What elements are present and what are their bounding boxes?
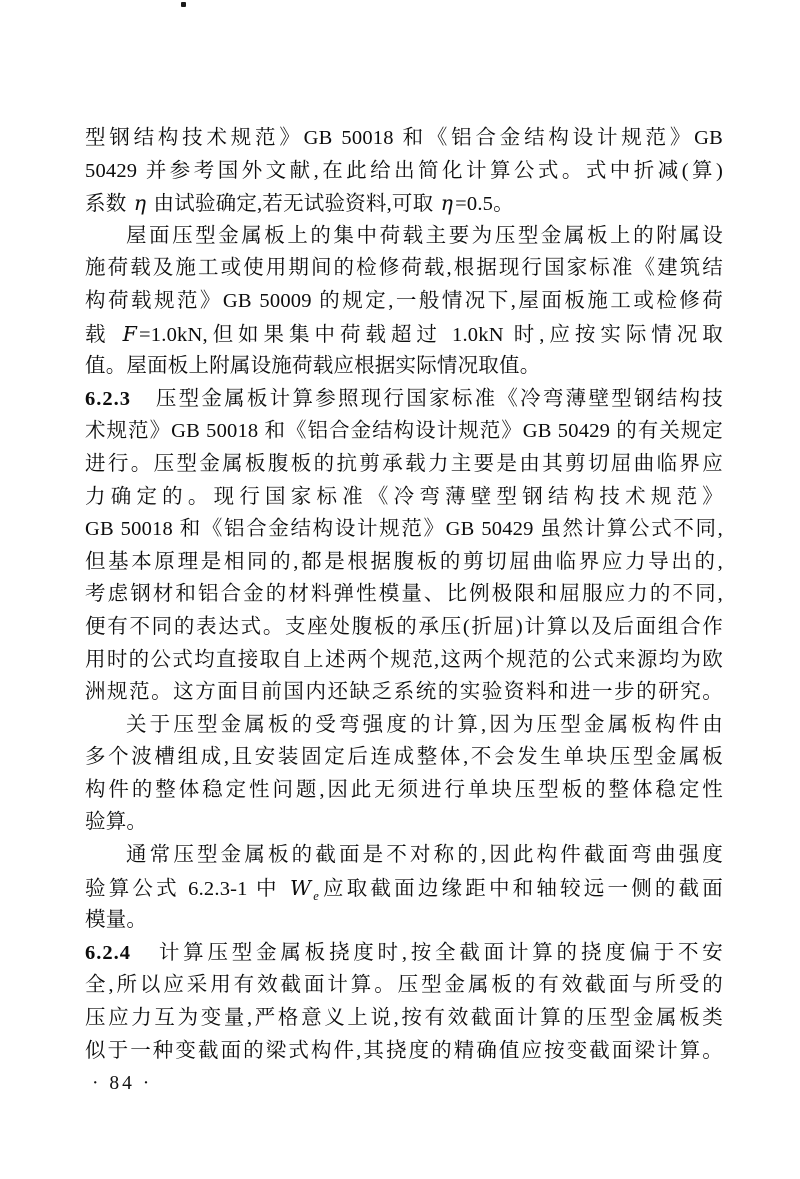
text-line-23: 通常压型金属板的截面是不对称的,因此构件截面弯曲强度 [85,839,723,872]
text-line-19: 关于压型金属板的受弯强度的计算,因为压型金属板构件由 [85,709,723,742]
math-symbol: W [288,876,313,900]
text-line-1: 型钢结构技术规范》GB 50018 和《铝合金结构设计规范》GB [85,122,723,155]
text-run: 应取截面边缘距中和轴较远一侧的截面 [320,878,723,900]
text-run: 屋面压型金属板上的集中荷载主要为压型金属板上的附属设 [126,225,723,247]
text-run: 多个波槽组成,且安装固定后连成整体,不会发生单块压型金属板 [85,746,723,768]
text-line-2: 50429 并参考国外文献,在此给出简化计算公式。式中折减(算) [85,155,723,188]
text-run: 验算。 [85,811,147,833]
text-line-11: 进行。压型金属板腹板的抗剪承载力主要是由其剪切屈曲临界应 [85,448,723,481]
page-number: · 84 · [92,1071,152,1097]
text-line-13: GB 50018 和《铝合金结构设计规范》GB 50429 虽然计算公式不同, [85,513,723,546]
text-run: =1.0kN,但如果集中荷载超过 1.0kN 时,应按实际情况取 [139,324,723,346]
text-run: 进行。压型金属板腹板的抗剪承载力主要是由其剪切屈曲临界应 [85,453,723,475]
text-line-24: 验算公式 6.2.3-1 中 We应取截面边缘距中和轴较远一侧的截面 [85,872,723,905]
text-line-15: 考虑钢材和铝合金的材料弹性模量、比例极限和屈服应力的不同, [85,578,723,611]
text-run: 型钢结构技术规范》GB 50018 和《铝合金结构设计规范》GB [85,127,723,149]
text-run: 计算压型金属板挠度时,按全截面计算的挠度偏于不安 [131,942,723,964]
math-symbol: F [121,322,139,346]
text-line-17: 用时的公式均直接取自上述两个规范,这两个规范的公式来源均为欧 [85,644,723,677]
text-run: 由试验确定,若无试验资料,可取 [148,193,438,215]
text-line-25: 模量。 [85,904,723,937]
text-line-22: 验算。 [85,806,723,839]
text-line-4: 屋面压型金属板上的集中荷载主要为压型金属板上的附属设 [85,220,723,253]
text-line-16: 便有不同的表达式。支座处腹板的承压(折屈)计算以及后面组合作 [85,611,723,644]
text-run: 洲规范。这方面目前国内还缺乏系统的实验资料和进一步的研究。 [85,681,723,703]
text-run: 载 [85,324,121,346]
text-run: 构件的整体稳定性问题,因此无须进行单块压型板的整体稳定性 [85,779,723,801]
text-run: 系数 [85,193,132,215]
text-run: 值。屋面板上附属设施荷载应根据实际情况取值。 [85,355,540,377]
text-run: 考虑钢材和铝合金的材料弹性模量、比例极限和屈服应力的不同, [85,583,723,605]
text-run: GB 50018 和《铝合金结构设计规范》GB 50429 虽然计算公式不同, [85,518,723,540]
document-page: 型钢结构技术规范》GB 50018 和《铝合金结构设计规范》GB50429 并参… [0,0,800,1179]
text-run: 术规范》GB 50018 和《铝合金结构设计规范》GB 50429 的有关规定 [85,420,723,442]
math-symbol: η [439,191,455,215]
text-run: 50429 并参考国外文献,在此给出简化计算公式。式中折减(算) [85,160,723,182]
text-line-18: 洲规范。这方面目前国内还缺乏系统的实验资料和进一步的研究。 [85,676,723,709]
text-line-12: 力确定的。现行国家标准《冷弯薄壁型钢结构技术规范》 [85,481,723,514]
text-line-5: 施荷载及施工或使用期间的检修荷载,根据现行国家标准《建筑结 [85,252,723,285]
text-run: 通常压型金属板的截面是不对称的,因此构件截面弯曲强度 [126,844,723,866]
text-run: 压应力互为变量,严格意义上说,按有效截面计算的压型金属板类 [85,1007,723,1029]
text-line-8: 值。屋面板上附属设施荷载应根据实际情况取值。 [85,350,723,383]
text-line-27: 全,所以应采用有效截面计算。压型金属板的有效截面与所受的 [85,969,723,1002]
text-run: 验算公式 6.2.3-1 中 [85,878,288,900]
text-run: 力确定的。现行国家标准《冷弯薄壁型钢结构技术规范》 [85,486,723,508]
text-run: 施荷载及施工或使用期间的检修荷载,根据现行国家标准《建筑结 [85,257,723,279]
text-run: =0.5。 [455,193,514,215]
clause-number: 6.2.3 [85,388,131,410]
text-run: 但基本原理是相同的,都是根据腹板的剪切屈曲临界应力导出的, [85,551,723,573]
text-run: 用时的公式均直接取自上述两个规范,这两个规范的公式来源均为欧 [85,649,723,671]
text-line-3: 系数 η 由试验确定,若无试验资料,可取 η=0.5。 [85,187,723,220]
text-line-10: 术规范》GB 50018 和《铝合金结构设计规范》GB 50429 的有关规定 [85,415,723,448]
scan-artifact-dot [181,2,186,7]
math-symbol: η [132,191,148,215]
text-line-28: 压应力互为变量,严格意义上说,按有效截面计算的压型金属板类 [85,1002,723,1035]
text-run: 便有不同的表达式。支座处腹板的承压(折屈)计算以及后面组合作 [85,616,723,638]
text-line-9: 6.2.3 压型金属板计算参照现行国家标准《冷弯薄壁型钢结构技 [85,383,723,416]
text-run: 关于压型金属板的受弯强度的计算,因为压型金属板构件由 [126,714,723,736]
text-line-6: 构荷载规范》GB 50009 的规定,一般情况下,屋面板施工或检修荷 [85,285,723,318]
text-line-14: 但基本原理是相同的,都是根据腹板的剪切屈曲临界应力导出的, [85,546,723,579]
clause-number: 6.2.4 [85,942,131,964]
text-block: 型钢结构技术规范》GB 50018 和《铝合金结构设计规范》GB50429 并参… [85,122,723,1067]
text-run: 似于一种变截面的梁式构件,其挠度的精确值应按变截面梁计算。 [85,1040,723,1062]
text-run: 模量。 [85,909,147,931]
text-run: 构荷载规范》GB 50009 的规定,一般情况下,屋面板施工或检修荷 [85,290,723,312]
text-line-20: 多个波槽组成,且安装固定后连成整体,不会发生单块压型金属板 [85,741,723,774]
text-line-26: 6.2.4 计算压型金属板挠度时,按全截面计算的挠度偏于不安 [85,937,723,970]
text-run: 全,所以应采用有效截面计算。压型金属板的有效截面与所受的 [85,974,723,996]
text-run: 压型金属板计算参照现行国家标准《冷弯薄壁型钢结构技 [131,388,723,410]
text-line-29: 似于一种变截面的梁式构件,其挠度的精确值应按变截面梁计算。 [85,1035,723,1068]
text-line-21: 构件的整体稳定性问题,因此无须进行单块压型板的整体稳定性 [85,774,723,807]
text-line-7: 载 F=1.0kN,但如果集中荷载超过 1.0kN 时,应按实际情况取 [85,318,723,351]
